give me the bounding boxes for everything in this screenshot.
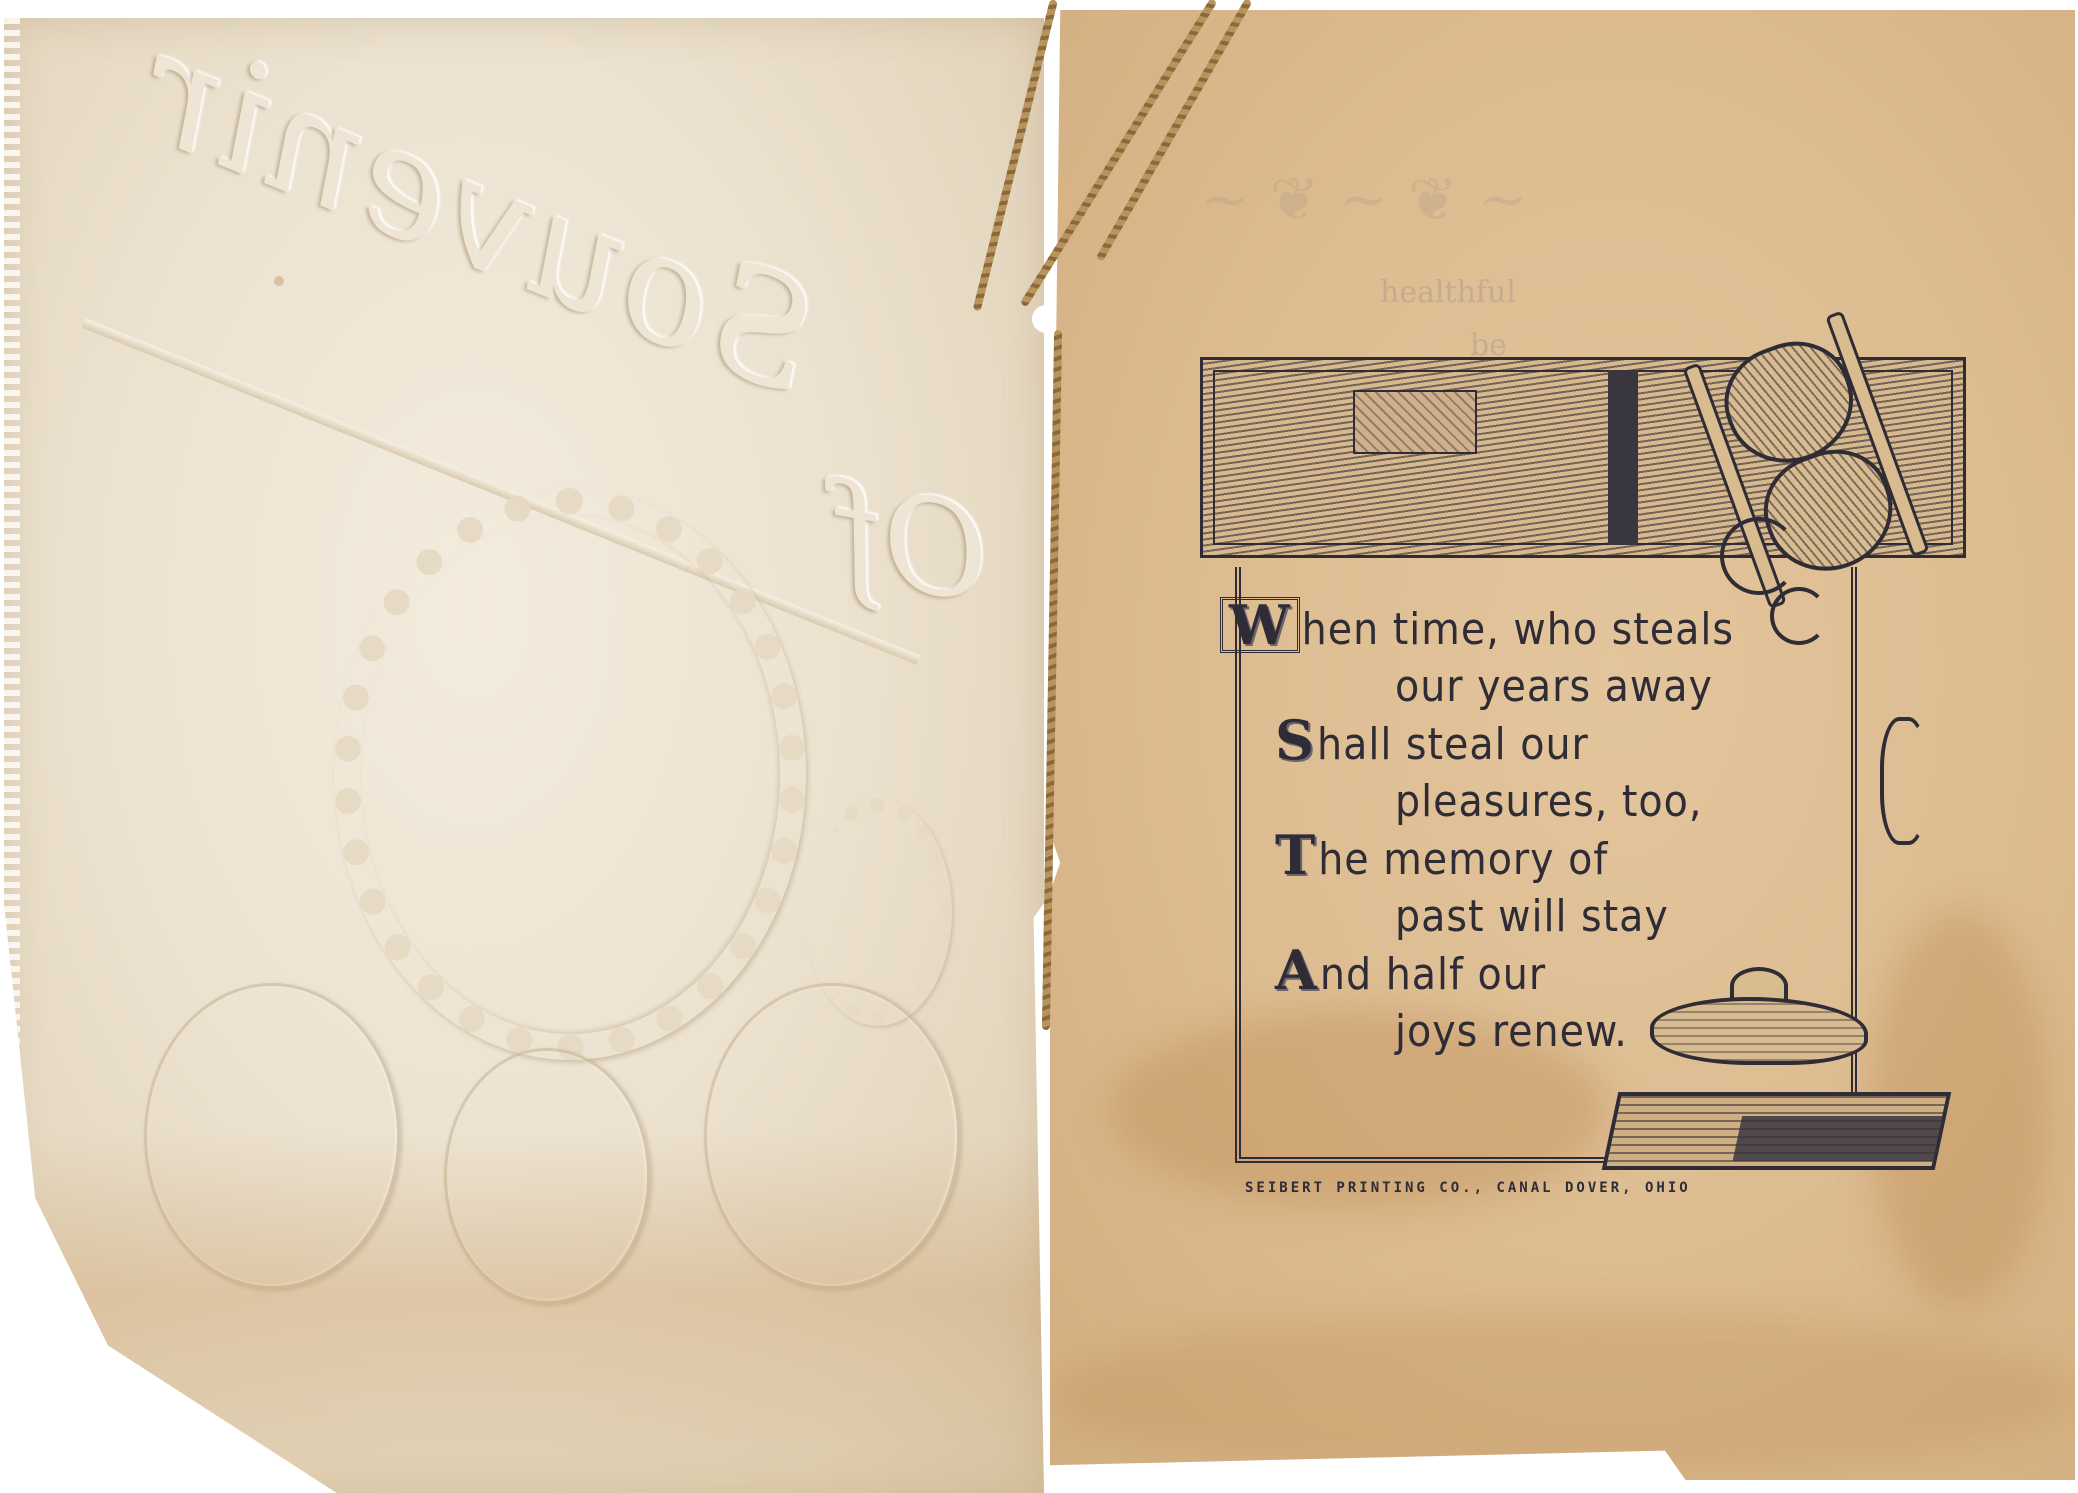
cottage-icon — [1353, 390, 1477, 454]
age-stain — [1050, 1310, 2075, 1480]
laurel-wreath-icon — [334, 488, 806, 1060]
bleed-through-text: healthful — [1380, 275, 1516, 310]
oil-lamp-icon — [1610, 977, 1910, 1097]
poem-line: past will stay — [1275, 888, 1895, 945]
deckled-edge — [4, 18, 20, 1493]
embossed-cover-page: Souvenir Of — [4, 18, 1044, 1493]
poem-line: When time, who steals — [1275, 597, 1895, 658]
dropcap: A — [1275, 945, 1318, 995]
binding-hole — [1032, 305, 1060, 333]
poem-line: The memory of — [1275, 830, 1895, 888]
water-stain — [4, 1133, 1044, 1493]
printer-credit: SEIBERT PRINTING CO., CANAL DOVER, OHIO — [1245, 1180, 1691, 1196]
poem-line: Shall steal our — [1275, 715, 1895, 773]
foxing-spot — [274, 276, 284, 286]
embossed-subtitle: Of — [822, 456, 1001, 633]
dropcap: W — [1220, 597, 1300, 653]
dropcap: T — [1275, 830, 1316, 880]
book-icon — [1602, 1092, 1952, 1170]
bleed-through-ornament: ~ ❦ ~ ❦ ~ — [1200, 165, 1528, 235]
embossed-title: Souvenir — [117, 1, 842, 429]
dropcap: S — [1275, 715, 1315, 765]
foxing-spot — [26, 1208, 38, 1220]
poem-line: pleasures, too, — [1275, 773, 1895, 830]
poem-illustration: When time, who steals our years away Sha… — [1200, 357, 1930, 1172]
tree-trunk-icon — [1608, 370, 1638, 545]
poem-line: our years away — [1275, 658, 1895, 715]
